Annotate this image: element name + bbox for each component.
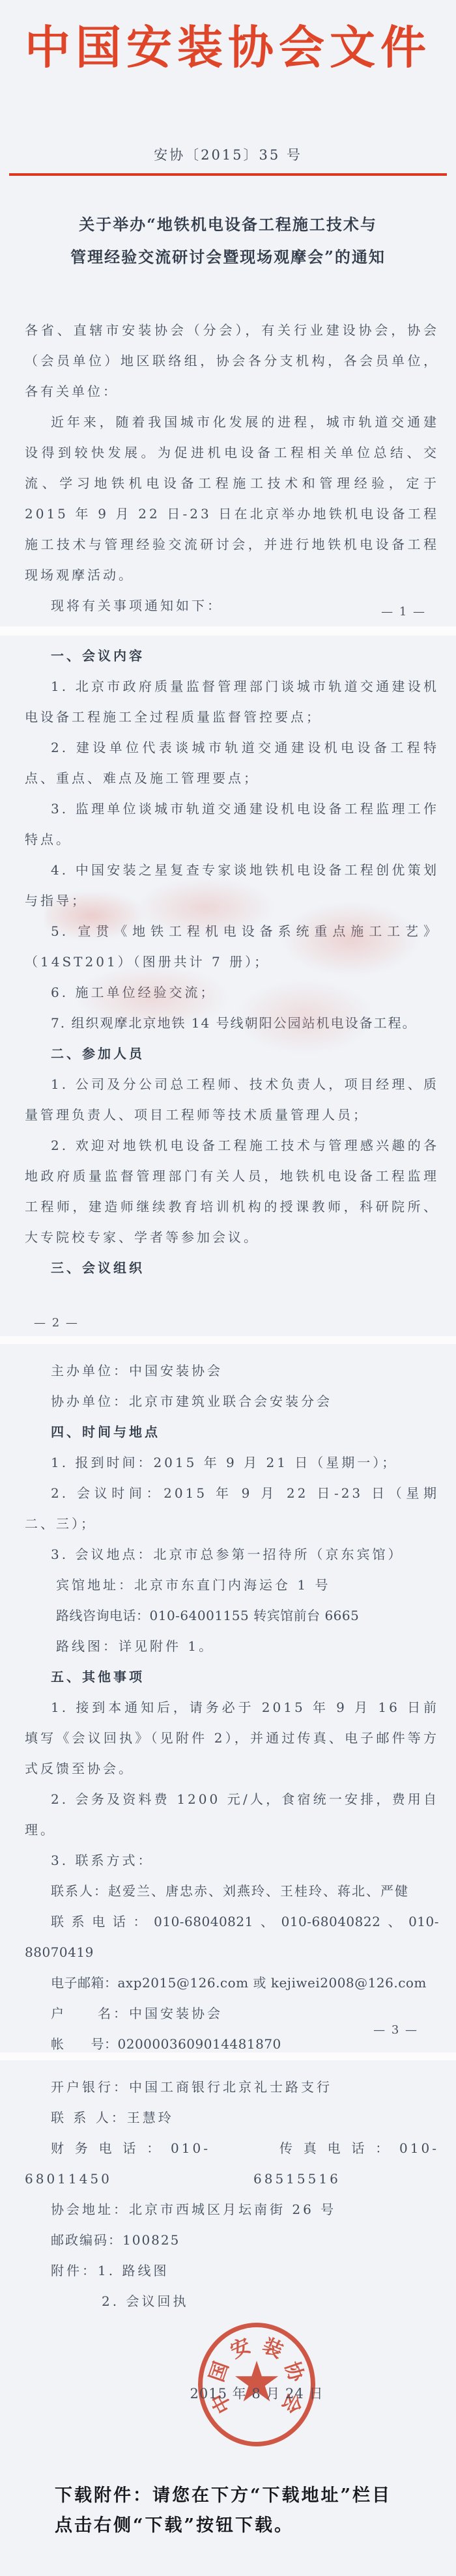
download-instruction: 下载附件：请您在下方“下载地址”栏目 点击右侧“下载”按钮下载。 bbox=[55, 2481, 430, 2541]
page-separator bbox=[0, 2052, 456, 2060]
organizer-line: 主办单位：中国安装协会 bbox=[0, 1356, 456, 1386]
download-instruction-line1: 下载附件：请您在下方“下载地址”栏目 bbox=[55, 2481, 430, 2511]
other-item-3: 3. 联系方式： bbox=[0, 1845, 456, 1876]
route-phone-line: 路线咨询电话：010-64001155 转宾馆前台 6665 bbox=[0, 1601, 456, 1631]
page-number-1: — 1 — bbox=[381, 605, 426, 619]
agenda-item-3: 3. 监理单位谈城市轨道交通建设机电设备工程监理工作特点。 bbox=[0, 794, 456, 855]
meeting-venue-line: 3. 会议地点：北京市总参第一招待所（京东宾馆） bbox=[0, 1539, 456, 1570]
agenda-item-4: 4. 中国安装之星复查专家谈地铁机电设备工程创优策划与指导； bbox=[0, 855, 456, 916]
section-2-heading: 二、参加人员 bbox=[0, 1039, 456, 1069]
download-instruction-line2: 点击右侧“下载”按钮下载。 bbox=[55, 2511, 430, 2541]
fax-phone: 传真电话：010-68515516 bbox=[253, 2133, 439, 2194]
contact-emails-line: 电子邮箱：axp2015@126.com 或 kejiwei2008@126.c… bbox=[0, 1968, 456, 1998]
official-seal: 中 国 安 装 协 会 ★ 2015 年 8 月 24 日 bbox=[198, 2323, 315, 2446]
postcode-line: 邮政编码：100825 bbox=[0, 2225, 456, 2256]
other-item-2: 2. 会务及资料费 1200 元/人，食宿统一安排，费用自理。 bbox=[0, 1784, 456, 1845]
agenda-item-1: 1. 北京市政府质量监督管理部门谈城市轨道交通建设机电设备工程施工全过程质量监督… bbox=[0, 671, 456, 733]
page-2: 一、会议内容 1. 北京市政府质量监督管理部门谈城市轨道交通建设机电设备工程施工… bbox=[0, 636, 456, 1336]
red-divider bbox=[9, 173, 447, 176]
scanned-official-document: 中国安装协会文件 安协〔2015〕35 号 关于举办“地铁机电设备工程施工技术与… bbox=[0, 0, 456, 2576]
contact-phones-line: 联系电话：010-68040821、010-68040822、010-88070… bbox=[0, 1907, 456, 1968]
organization-header: 中国安装协会文件 bbox=[0, 8, 456, 87]
phones-line: 财务电话：010-68011450 传真电话：010-68515516 bbox=[0, 2133, 456, 2194]
agenda-item-2: 2. 建设单位代表谈城市轨道交通建设机电设备工程特点、重点、难点及施工管理要点； bbox=[0, 733, 456, 794]
contact-people-line: 联系人：赵爱兰、唐忠赤、刘燕玲、王桂玲、蒋北、严健 bbox=[0, 1876, 456, 1907]
notice-title: 关于举办“地铁机电设备工程施工技术与 管理经验交流研讨会暨现场观摩会”的通知 bbox=[0, 208, 456, 273]
section-1-heading: 一、会议内容 bbox=[0, 641, 456, 671]
notice-title-line2: 管理经验交流研讨会暨现场观摩会”的通知 bbox=[0, 241, 456, 273]
finance-phone: 财务电话：010-68011450 bbox=[25, 2133, 210, 2194]
page-separator bbox=[0, 626, 456, 636]
attachment-2-line: 2. 会议回执 bbox=[0, 2286, 456, 2317]
notice-title-line1: 关于举办“地铁机电设备工程施工技术与 bbox=[0, 208, 456, 241]
seal-char: 协 bbox=[279, 2357, 313, 2385]
page-4: 开户银行：中国工商银行北京礼士路支行 联 系 人：王慧玲 财务电话：010-68… bbox=[0, 2060, 456, 2576]
issue-date: 2015 年 8 月 24 日 bbox=[190, 2383, 324, 2403]
section-3-heading: 三、会议组织 bbox=[0, 1253, 456, 1283]
intro-paragraph: 近年来，随着我国城市化发展的进程，城市轨道交通建设得到较快发展。为促进机电设备工… bbox=[0, 407, 456, 591]
co-organizer-line: 协办单位：北京市建筑业联合会安装分会 bbox=[0, 1386, 456, 1417]
participants-item-2: 2. 欢迎对地铁机电设备工程施工技术与管理感兴趣的各地政府质量监督管理部门有关人… bbox=[0, 1130, 456, 1253]
meeting-time-line: 2. 会议时间：2015 年 9 月 22 日-23 日（星期二、三）； bbox=[0, 1478, 456, 1539]
hotel-address-line: 宾馆地址：北京市东直门内海运仓 1 号 bbox=[0, 1570, 456, 1601]
page-number-3: — 3 — bbox=[373, 2023, 418, 2037]
finance-contact-line: 联 系 人：王慧玲 bbox=[0, 2103, 456, 2133]
section-5-heading: 五、其他事项 bbox=[0, 1662, 456, 1692]
participants-item-1: 1. 公司及分公司总工程师、技术负责人，项目经理、质量管理负责人、项目工程师等技… bbox=[0, 1069, 456, 1130]
page-3: 主办单位：中国安装协会 协办单位：北京市建筑业联合会安装分会 四、时间与地点 1… bbox=[0, 1344, 456, 2052]
other-item-1: 1. 接到本通知后，请务必于 2015 年 9 月 16 日前填写《会议回执》（… bbox=[0, 1692, 456, 1784]
section-4-heading: 四、时间与地点 bbox=[0, 1417, 456, 1448]
attachment-1-line: 附件：1. 路线图 bbox=[0, 2256, 456, 2286]
route-map-line: 路线图：详见附件 1。 bbox=[0, 1631, 456, 1662]
bank-line: 开户银行：中国工商银行北京礼士路支行 bbox=[0, 2072, 456, 2103]
agenda-item-5: 5. 宣贯《地铁工程机电设备系统重点施工工艺》（14ST201）（图册共计 7 … bbox=[0, 916, 456, 977]
agenda-item-7: 7. 组织观摩北京地铁 14 号线朝阳公园站机电设备工程。 bbox=[0, 1008, 456, 1039]
document-number: 安协〔2015〕35 号 bbox=[0, 142, 456, 168]
page-1: 中国安装协会文件 安协〔2015〕35 号 关于举办“地铁机电设备工程施工技术与… bbox=[0, 0, 456, 626]
recipients-line: 各省、直辖市安装协会（分会），有关行业建设协会，协会（会员单位）地区联络组，协会… bbox=[0, 315, 456, 407]
seal-char: 国 bbox=[201, 2357, 234, 2385]
agenda-item-6: 6. 施工单位经验交流； bbox=[0, 977, 456, 1008]
checkin-time-line: 1. 报到时间：2015 年 9 月 21 日（星期一）； bbox=[0, 1448, 456, 1478]
page-separator bbox=[0, 1336, 456, 1344]
association-address-line: 协会地址：北京市西城区月坛南街 26 号 bbox=[0, 2194, 456, 2225]
page-number-2: — 2 — bbox=[34, 1316, 79, 1330]
